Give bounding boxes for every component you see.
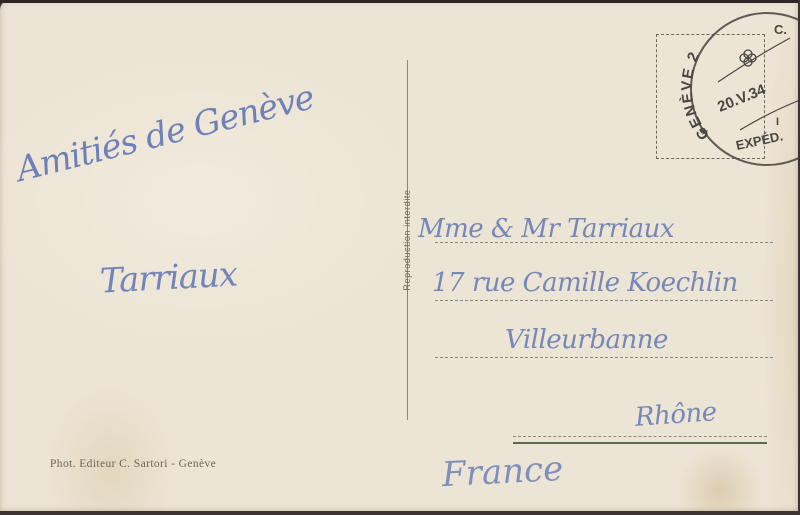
swiss-cross-icon [740,50,756,66]
address-line-2-rule [435,300,773,301]
address-city: Villeurbanne [505,325,668,355]
postmark-suffix: C. [774,22,787,37]
handwritten-signature: Tarriaux [99,254,238,301]
address-recipient: Mme & Mr Tarriaux [418,214,674,244]
publisher-credit: Phot. Editeur C. Sartori - Genève [50,458,216,470]
card-bottom-edge [0,511,800,515]
address-line-3-rule [435,357,773,358]
postcard-back: Amitiés de Genève Tarriaux Phot. Editeur… [0,0,798,511]
address-street: 17 rue Camille Koechlin [432,268,738,298]
postmark-bottom-text: EXPÉD. [735,128,785,153]
address-region: Rhône [634,397,718,433]
address-country: France [441,449,564,495]
star-icon: ★ [700,127,709,138]
address-line-4-rule [513,436,767,437]
handwritten-greeting: Amitiés de Genève [12,77,318,190]
postmark-icon: GENÈVE 2 C. 20.V.34 I ★ EXPÉD. [640,0,800,170]
address-underline [513,442,767,444]
postmark-slot: I [776,116,779,128]
reproduction-notice: Reproduction interdite [402,189,412,290]
postmark-date: 20.V.34 [715,81,769,116]
